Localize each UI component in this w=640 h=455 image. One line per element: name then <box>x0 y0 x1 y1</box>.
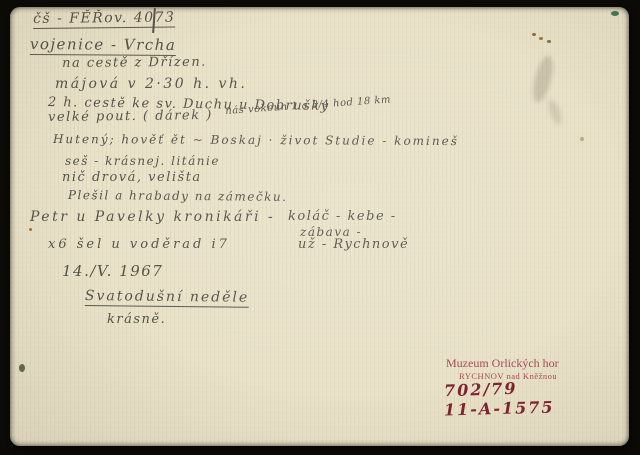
speck-green <box>611 11 619 16</box>
note-card: čš - FĚŘov. 4073 vojenice - Vrcha na ces… <box>10 7 629 446</box>
scanned-document: čš - FĚŘov. 4073 vojenice - Vrcha na ces… <box>0 0 640 455</box>
handwritten-line: na cestě z Dřízen. <box>62 55 207 71</box>
handwritten-line: seš - krásnej. litánie <box>65 154 220 168</box>
speck-green <box>19 364 25 372</box>
handwritten-line: nič drová, velišta <box>62 170 202 185</box>
speck <box>580 137 584 141</box>
handwritten-line: x6 šel u voděrad i7 <box>48 237 230 252</box>
catalog-number: 11-A-1575 <box>444 398 555 420</box>
smudge-stain <box>546 98 564 126</box>
museum-stamp-line1: Muzeum Orlických hor <box>446 356 559 371</box>
handwritten-note: koláč - kebe - <box>288 209 397 224</box>
title-line: vojenice - Vrcha <box>30 35 177 56</box>
handwritten-line: májová v 2·30 h. vh. <box>55 76 247 92</box>
speck <box>532 33 536 36</box>
handwritten-line: Plešil a hrabady na zámečku. <box>68 188 288 204</box>
handwritten-line: Petr u Pavelky kronikáři - <box>30 209 275 225</box>
handwritten-note: už - Rychnově <box>298 237 409 252</box>
catalog-number: 702/79 <box>444 379 518 401</box>
header-line: čš - FĚŘov. 4073 <box>33 10 176 29</box>
speck <box>547 40 551 43</box>
date-line: 14./V. 1967 <box>62 262 163 280</box>
handwritten-line: Hutený; hověť ět ~ Boskaj · život Studie… <box>53 132 459 148</box>
handwritten-line: krásně. <box>107 312 166 327</box>
speck <box>539 37 543 40</box>
smudge-stain <box>529 54 556 104</box>
handwritten-line: velké pout. ( dárek ) <box>48 108 213 125</box>
speck-orange <box>29 228 32 231</box>
holiday-line: Svatodušní neděle <box>85 288 250 308</box>
